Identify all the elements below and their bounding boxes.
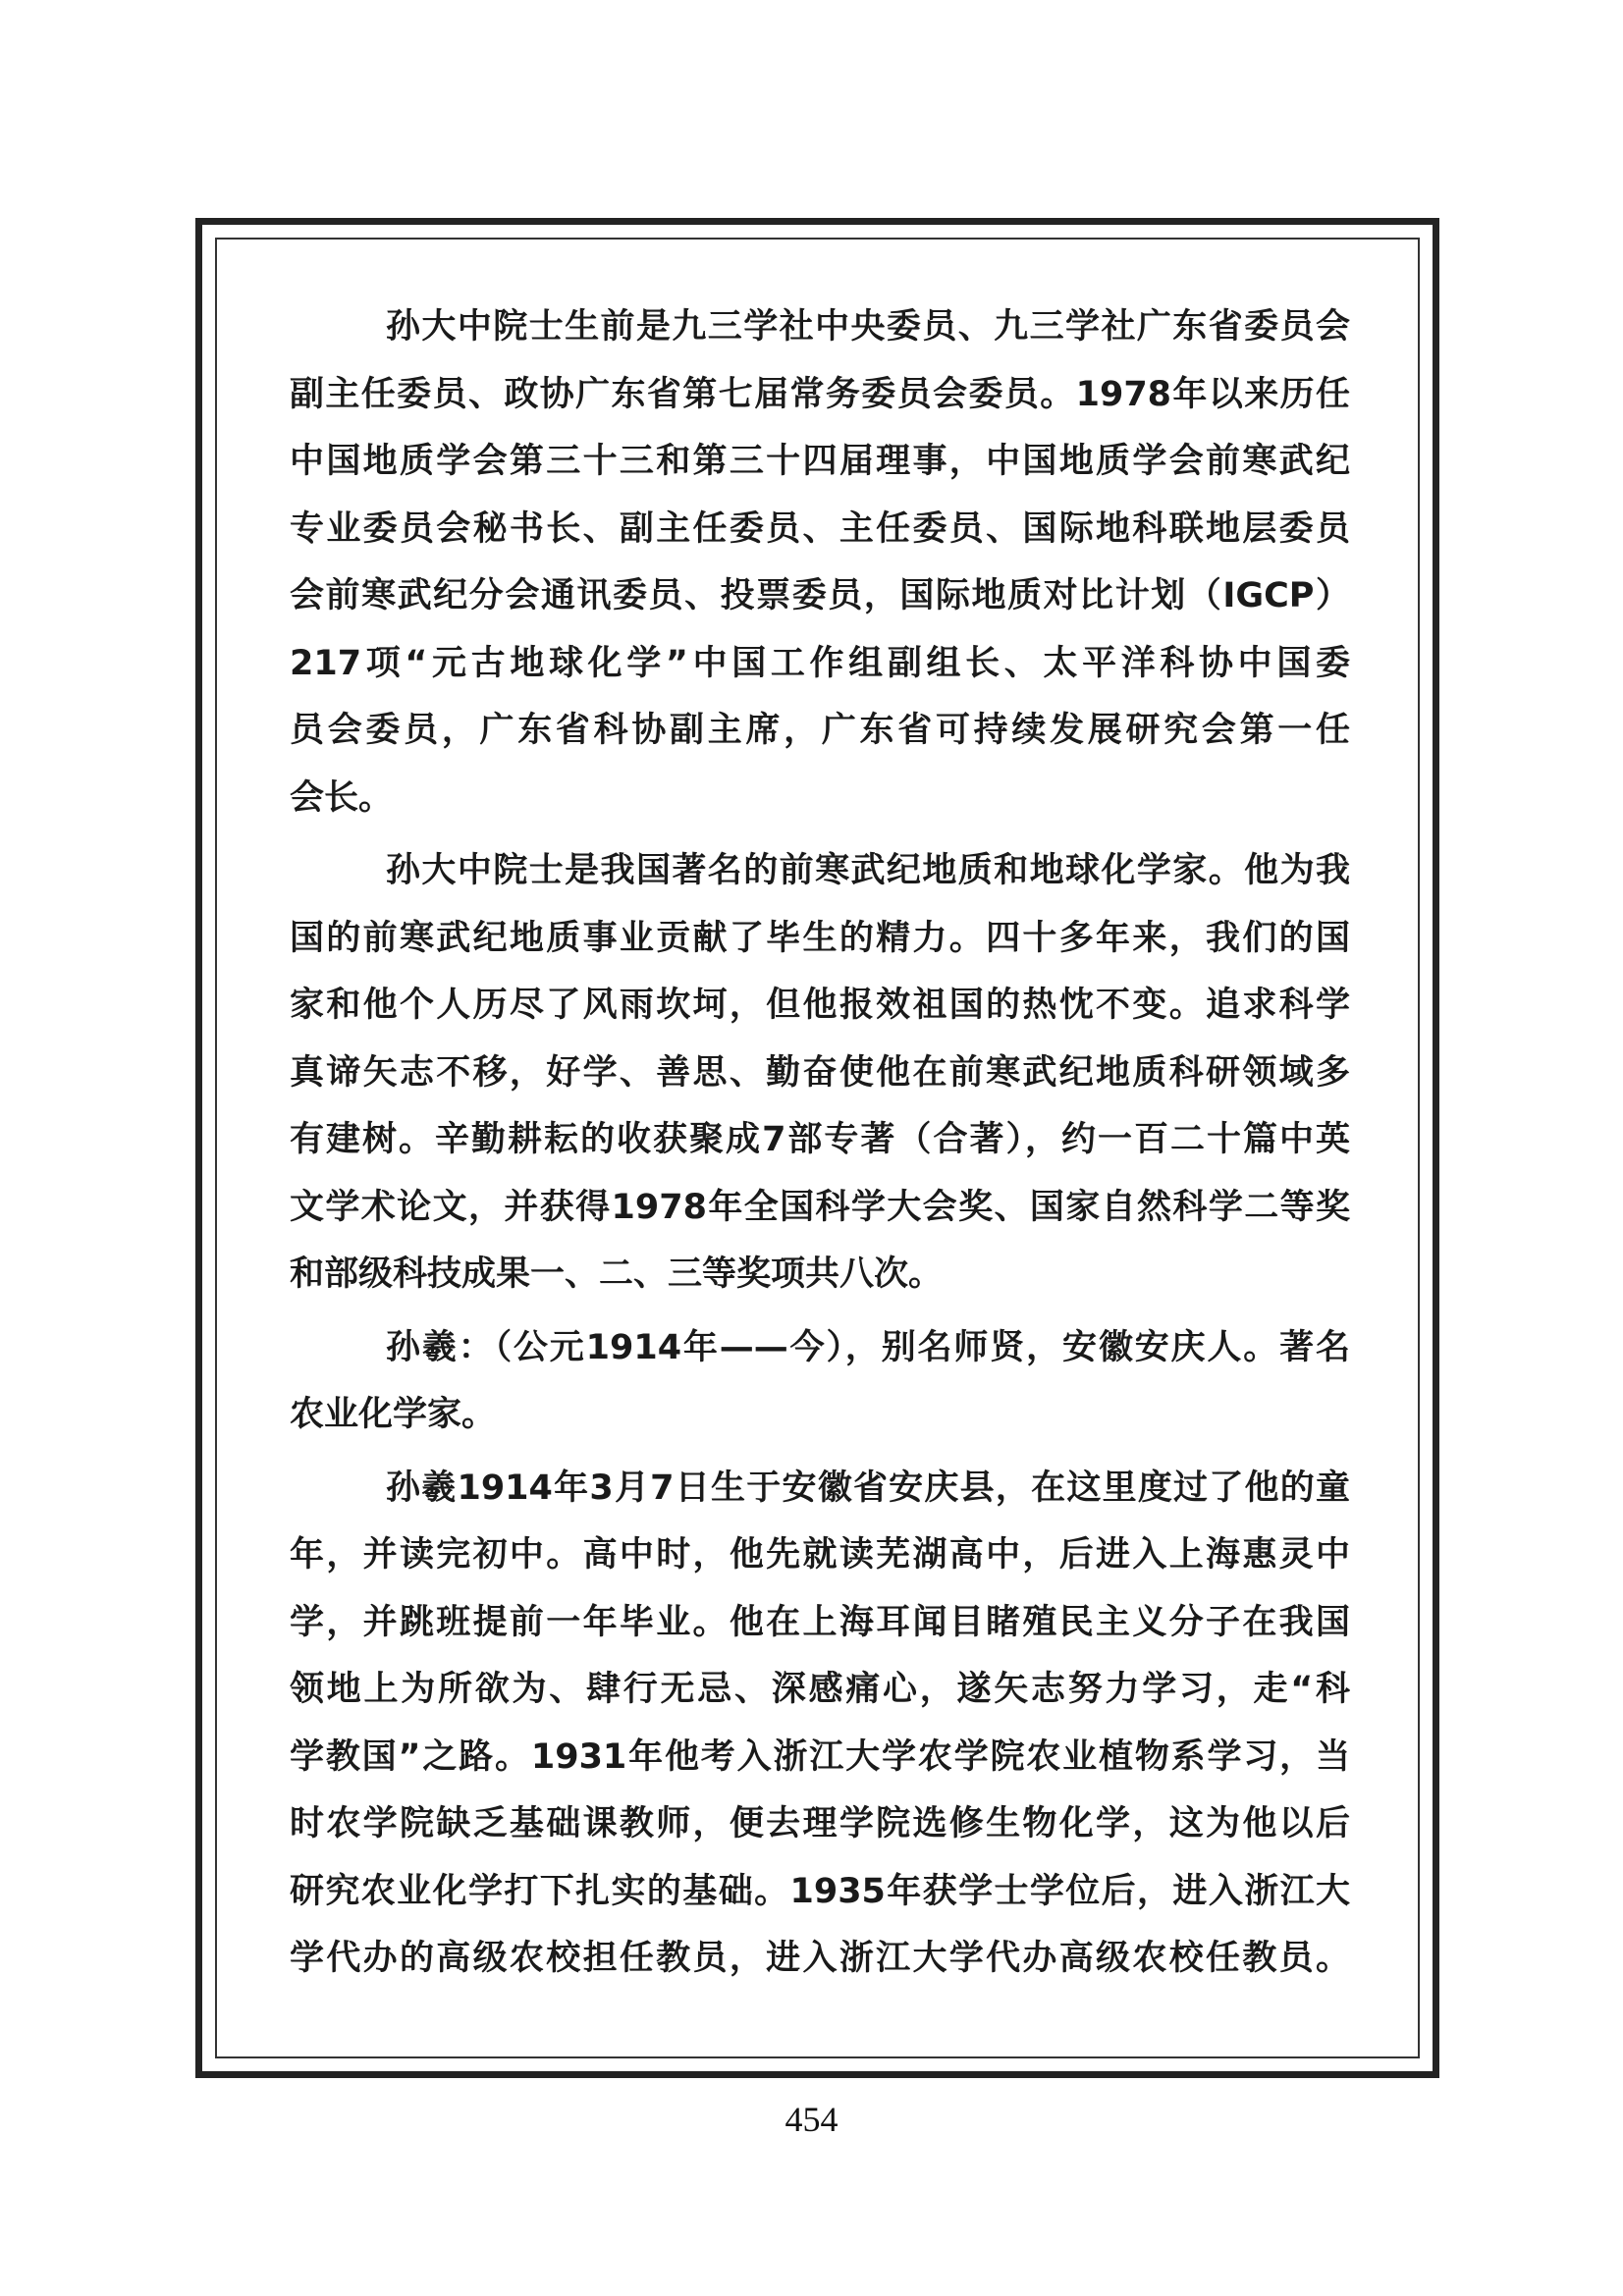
text-line: 副主任委员、政协广东省第七届常务委员会委员。1978年以来历任 — [290, 361, 1350, 429]
paragraph-2: 孙大中院士是我国著名的前寒武纪地质和地球化学家。他为我 国的前寒武纪地质事业贡献… — [290, 837, 1350, 1308]
text-line: 有建树。辛勤耕耘的收获聚成7部专著（合著），约一百二十篇中英 — [290, 1106, 1350, 1174]
paragraph-1: 孙大中院士生前是九三学社中央委员、九三学社广东省委员会 副主任委员、政协广东省第… — [290, 294, 1350, 831]
text-line: 中国地质学会第三十三和第三十四届理事，中国地质学会前寒武纪 — [290, 428, 1350, 496]
text-line: 研究农业化学打下扎实的基础。1935年获学士学位后，进入浙江大 — [290, 1858, 1350, 1926]
text-line: 文学术论文，并获得1978年全国科学大会奖、国家自然科学二等奖 — [290, 1174, 1350, 1242]
body-text: 孙大中院士生前是九三学社中央委员、九三学社广东省委员会 副主任委员、政协广东省第… — [290, 294, 1350, 1993]
text-line: 学教国”之路。1931年他考入浙江大学农学院农业植物系学习，当 — [290, 1724, 1350, 1791]
text-line: 时农学院缺乏基础课教师，便去理学院选修生物化学，这为他以后 — [290, 1790, 1350, 1858]
text-line: 学，并跳班提前一年毕业。他在上海耳闻目睹殖民主义分子在我国 — [290, 1589, 1350, 1657]
text-line: 孙羲：（公元1914年——今），别名师贤，安徽安庆人。著名 — [290, 1314, 1350, 1382]
text-line: 会长。 — [290, 765, 1350, 832]
text-line: 孙大中院士生前是九三学社中央委员、九三学社广东省委员会 — [290, 294, 1350, 361]
text-line: 员会委员，广东省科协副主席，广东省可持续发展研究会第一任 — [290, 697, 1350, 765]
paragraph-4: 孙羲1914年3月7日生于安徽省安庆县，在这里度过了他的童 年，并读完初中。高中… — [290, 1455, 1350, 1993]
text-line: 孙大中院士是我国著名的前寒武纪地质和地球化学家。他为我 — [290, 837, 1350, 905]
page-number: 454 — [0, 2099, 1623, 2140]
paragraph-3: 孙羲：（公元1914年——今），别名师贤，安徽安庆人。著名 农业化学家。 — [290, 1314, 1350, 1449]
text-line: 年，并读完初中。高中时，他先就读芜湖高中，后进入上海惠灵中 — [290, 1522, 1350, 1589]
text-line: 领地上为所欲为、肆行无忌、深感痛心，遂矢志努力学习，走“科 — [290, 1656, 1350, 1724]
text-line: 家和他个人历尽了风雨坎坷，但他报效祖国的热忱不变。追求科学 — [290, 972, 1350, 1040]
text-line: 学代办的高级农校担任教员，进入浙江大学代办高级农校任教员。 — [290, 1925, 1350, 1993]
text-line: 会前寒武纪分会通讯委员、投票委员，国际地质对比计划（IGCP） — [290, 562, 1350, 630]
text-line: 217项“元古地球化学”中国工作组副组长、太平洋科协中国委 — [290, 630, 1350, 698]
text-line: 农业化学家。 — [290, 1381, 1350, 1449]
text-line: 真谛矢志不移，好学、善思、勤奋使他在前寒武纪地质科研领域多 — [290, 1040, 1350, 1107]
text-line: 和部级科技成果一、二、三等奖项共八次。 — [290, 1241, 1350, 1308]
text-line: 专业委员会秘书长、副主任委员、主任委员、国际地科联地层委员 — [290, 496, 1350, 563]
text-line: 国的前寒武纪地质事业贡献了毕生的精力。四十多年来，我们的国 — [290, 905, 1350, 973]
text-line: 孙羲1914年3月7日生于安徽省安庆县，在这里度过了他的童 — [290, 1455, 1350, 1522]
